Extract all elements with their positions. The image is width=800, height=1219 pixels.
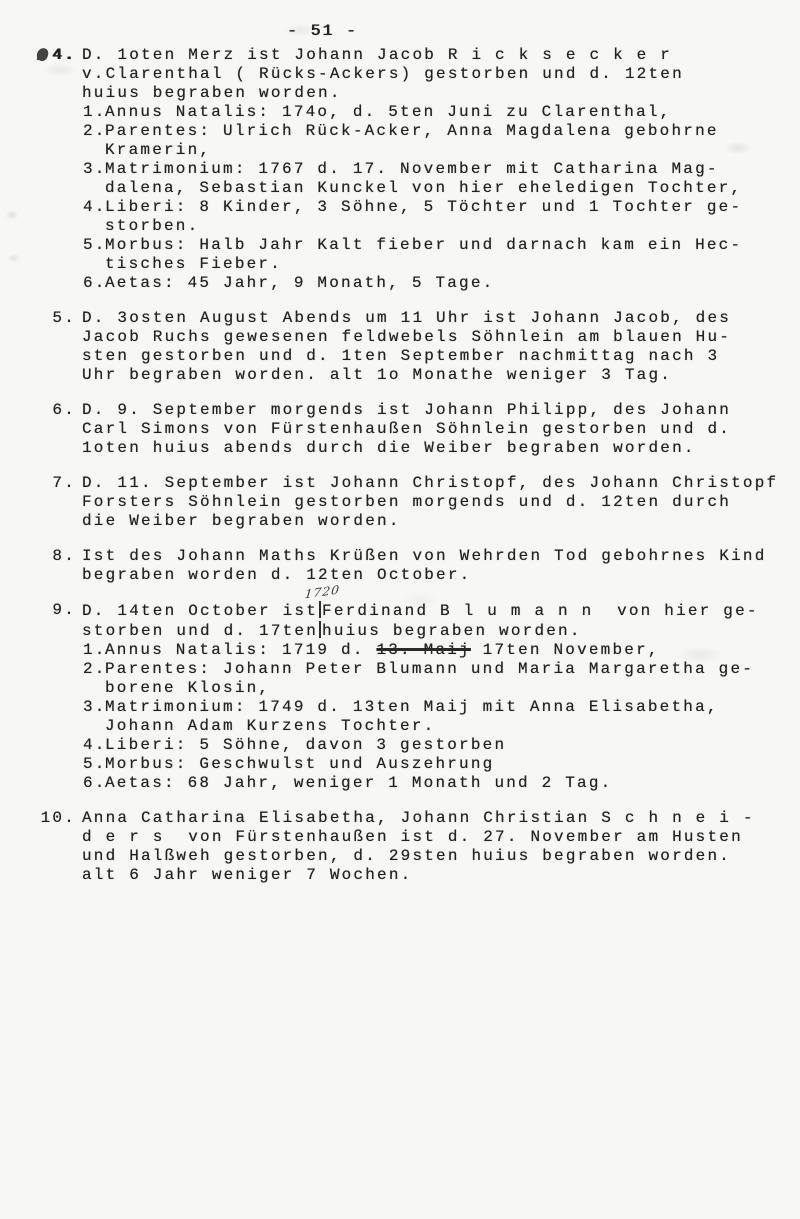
burial-entry: 9.D. 14ten October ist1720Ferdinand B l … <box>0 601 800 793</box>
entry-text: Ist des Johann Maths Krüßen von Wehrden … <box>82 547 800 585</box>
text-line: v.Clarenthal ( Rücks-Ackers) gestorben u… <box>82 65 800 84</box>
text-line: Parentes: Ulrich Rück-Acker, Anna Magdal… <box>105 122 800 141</box>
text-line: Carl Simons von Fürstenhaußen Söhnlein g… <box>82 420 800 439</box>
burial-entries-list: 4.D. 1oten Merz ist Johann Jacob R i c k… <box>0 46 800 901</box>
subitem-number: 5. <box>83 236 107 255</box>
subitem-text: Matrimonium: 1767 d. 17. November mit Ca… <box>105 160 800 198</box>
text-line: storben. <box>105 217 800 236</box>
text-run: 17ten November, <box>471 641 660 659</box>
text-run: D. 14ten October ist <box>82 602 318 620</box>
subitem: 5.Morbus: Halb Jahr Kalt fieber und darn… <box>82 236 800 274</box>
text-run: Kramerin, <box>105 141 211 159</box>
subitem-number: 4. <box>83 736 107 755</box>
text-run: Jacob Ruchs gewesenen feldwebels Söhnlei… <box>82 328 731 346</box>
text-run: dalena, Sebastian Kunckel von hier ehele… <box>105 179 742 197</box>
text-run: borene Klosin, <box>105 679 270 697</box>
text-run: Carl Simons von Fürstenhaußen Söhnlein g… <box>82 420 731 438</box>
text-run: Matrimonium: 1749 d. 13ten Maij mit Anna… <box>105 698 719 716</box>
text-run: Uhr begraben worden. alt 1o Monathe weni… <box>82 366 672 384</box>
text-run: Morbus: Geschwulst und Auszehrung <box>105 755 494 773</box>
entry-text: D. 14ten October ist1720Ferdinand B l u … <box>82 601 800 793</box>
text-run: Parentes: Johann Peter Blumann und Maria… <box>105 660 754 678</box>
text-run: D. 1oten Merz ist Johann Jacob R i c k s… <box>82 46 672 64</box>
subitem-text: Morbus: Geschwulst und Auszehrung <box>105 755 800 774</box>
text-line: Matrimonium: 1749 d. 13ten Maij mit Anna… <box>105 698 800 717</box>
text-line: storben und d. 17tenhuius begraben worde… <box>82 621 800 641</box>
text-line: D. 3osten August Abends um 11 Uhr ist Jo… <box>82 309 800 328</box>
text-line: Annus Natalis: 1719 d. 13.-Maij 17ten No… <box>105 641 800 660</box>
entry-number: 7. <box>0 474 76 493</box>
text-line: begraben worden d. 12ten October. <box>82 566 800 585</box>
handwritten-annotation: 1720 <box>304 581 341 605</box>
subitem: 3.Matrimonium: 1767 d. 17. November mit … <box>82 160 800 198</box>
insertion-mark <box>319 621 321 638</box>
text-line: D. 11. September ist Johann Christopf, d… <box>82 474 800 493</box>
text-run: Anna Catharina Elisabetha, Johann Christ… <box>82 809 755 827</box>
burial-entry: 6.D. 9. September morgends ist Johann Ph… <box>0 401 800 458</box>
burial-entry: 5.D. 3osten August Abends um 11 Uhr ist … <box>0 309 800 385</box>
text-line: 1oten huius abends durch die Weiber begr… <box>82 439 800 458</box>
subitem: 6.Aetas: 45 Jahr, 9 Monath, 5 Tage. <box>82 274 800 293</box>
text-run: begraben worden d. 12ten October. <box>82 566 471 584</box>
subitem-text: Parentes: Johann Peter Blumann und Maria… <box>105 660 800 698</box>
subitem-number: 1. <box>83 641 107 660</box>
text-line: Kramerin, <box>105 141 800 160</box>
text-line: Aetas: 68 Jahr, weniger 1 Monath und 2 T… <box>105 774 800 793</box>
text-run: Matrimonium: 1767 d. 17. November mit Ca… <box>105 160 719 178</box>
text-line: dalena, Sebastian Kunckel von hier ehele… <box>105 179 800 198</box>
text-run: Annus Natalis: 174o, d. 5ten Juni zu Cla… <box>105 103 671 121</box>
text-run: D. 3osten August Abends um 11 Uhr ist Jo… <box>82 309 731 327</box>
text-run: Ferdinand B l u m a n n von hier ge- <box>322 602 759 620</box>
text-run: 1oten huius abends durch die Weiber begr… <box>82 439 696 457</box>
page-number: - 51 - <box>287 22 358 40</box>
subitem-number: 2. <box>83 122 107 141</box>
subitem-number: 6. <box>83 774 107 793</box>
text-run: D. 11. September ist Johann Christopf, d… <box>82 474 778 492</box>
entry-text: D. 3osten August Abends um 11 Uhr ist Jo… <box>82 309 800 385</box>
entry-text: D. 9. September morgends ist Johann Phil… <box>82 401 800 458</box>
subitem: 5.Morbus: Geschwulst und Auszehrung <box>82 755 800 774</box>
subitem-text: Aetas: 45 Jahr, 9 Monath, 5 Tage. <box>105 274 800 293</box>
subitem-number: 2. <box>83 660 107 679</box>
text-run: Ist des Johann Maths Krüßen von Wehrden … <box>82 547 767 565</box>
text-run: v.Clarenthal ( Rücks-Ackers) gestorben u… <box>82 65 684 83</box>
text-line: D. 1oten Merz ist Johann Jacob R i c k s… <box>82 46 800 65</box>
text-run: Johann Adam Kurzens Tochter. <box>105 717 435 735</box>
subitem-text: Annus Natalis: 174o, d. 5ten Juni zu Cla… <box>105 103 800 122</box>
text-run: Parentes: Ulrich Rück-Acker, Anna Magdal… <box>105 122 719 140</box>
subitem-number: 3. <box>83 160 107 179</box>
subitem: 4.Liberi: 5 Söhne, davon 3 gestorben <box>82 736 800 755</box>
text-line: Uhr begraben worden. alt 1o Monathe weni… <box>82 366 800 385</box>
subitem-text: Parentes: Ulrich Rück-Acker, Anna Magdal… <box>105 122 800 160</box>
subitem-text: Aetas: 68 Jahr, weniger 1 Monath und 2 T… <box>105 774 800 793</box>
subitem-text: Matrimonium: 1749 d. 13ten Maij mit Anna… <box>105 698 800 736</box>
entry-number: 5. <box>0 309 76 328</box>
subitem: 1.Annus Natalis: 1719 d. 13.-Maij 17ten … <box>82 641 800 660</box>
subitem-number: 5. <box>83 755 107 774</box>
text-line: Morbus: Halb Jahr Kalt fieber und darnac… <box>105 236 800 255</box>
scanned-document-page: { "page": { "number_label": "- 51 -" }, … <box>0 0 800 1219</box>
text-run: Liberi: 8 Kinder, 3 Söhne, 5 Töchter und… <box>105 198 742 216</box>
text-line: die Weiber begraben worden. <box>82 512 800 531</box>
entry-number: 4. <box>0 46 76 65</box>
entry-subitems: 1.Annus Natalis: 1719 d. 13.-Maij 17ten … <box>82 641 800 793</box>
text-run: Liberi: 5 Söhne, davon 3 gestorben <box>105 736 506 754</box>
text-line: D. 9. September morgends ist Johann Phil… <box>82 401 800 420</box>
entry-number: 9. <box>0 601 76 620</box>
text-run: Aetas: 45 Jahr, 9 Monath, 5 Tage. <box>105 274 494 292</box>
text-line: D. 14ten October ist1720Ferdinand B l u … <box>82 601 800 621</box>
text-line: und Halßweh gestorben, d. 29sten huius b… <box>82 847 800 866</box>
subitem: 2.Parentes: Johann Peter Blumann und Mar… <box>82 660 800 698</box>
subitem: 2.Parentes: Ulrich Rück-Acker, Anna Magd… <box>82 122 800 160</box>
text-line: Liberi: 8 Kinder, 3 Söhne, 5 Töchter und… <box>105 198 800 217</box>
subitem-number: 3. <box>83 698 107 717</box>
text-run: alt 6 Jahr weniger 7 Wochen. <box>82 866 412 884</box>
text-run: storben und d. 17ten <box>82 622 318 640</box>
entry-text: D. 11. September ist Johann Christopf, d… <box>82 474 800 531</box>
text-line: Johann Adam Kurzens Tochter. <box>105 717 800 736</box>
text-line: borene Klosin, <box>105 679 800 698</box>
text-line: alt 6 Jahr weniger 7 Wochen. <box>82 866 800 885</box>
text-line: Liberi: 5 Söhne, davon 3 gestorben <box>105 736 800 755</box>
text-run: sten gestorben und d. 1ten September nac… <box>82 347 719 365</box>
subitem-number: 1. <box>83 103 107 122</box>
text-run: und Halßweh gestorben, d. 29sten huius b… <box>82 847 731 865</box>
burial-entry: 4.D. 1oten Merz ist Johann Jacob R i c k… <box>0 46 800 293</box>
burial-entry: 8.Ist des Johann Maths Krüßen von Wehrde… <box>0 547 800 585</box>
text-line: Anna Catharina Elisabetha, Johann Christ… <box>82 809 800 828</box>
text-run: D. 9. September morgends ist Johann Phil… <box>82 401 731 419</box>
text-run: d e r s von Fürstenhaußen ist d. 27. Nov… <box>82 828 743 846</box>
entry-number: 6. <box>0 401 76 420</box>
burial-entry: 7.D. 11. September ist Johann Christopf,… <box>0 474 800 531</box>
subitem-text: Morbus: Halb Jahr Kalt fieber und darnac… <box>105 236 800 274</box>
text-line: Morbus: Geschwulst und Auszehrung <box>105 755 800 774</box>
text-run: Forsters Söhnlein gestorben morgends und… <box>82 493 731 511</box>
burial-entry: 10.Anna Catharina Elisabetha, Johann Chr… <box>0 809 800 885</box>
subitem: 6.Aetas: 68 Jahr, weniger 1 Monath und 2… <box>82 774 800 793</box>
subitem: 3.Matrimonium: 1749 d. 13ten Maij mit An… <box>82 698 800 736</box>
entry-number: 10. <box>0 809 76 828</box>
subitem-text: Liberi: 5 Söhne, davon 3 gestorben <box>105 736 800 755</box>
text-run: tisches Fieber. <box>105 255 282 273</box>
text-run: huius begraben worden. <box>322 622 582 640</box>
text-run: huius begraben worden. <box>82 84 342 102</box>
text-run: Annus Natalis: 1719 d. <box>105 641 376 659</box>
insertion-mark: 1720 <box>319 601 321 618</box>
subitem-text: Annus Natalis: 1719 d. 13.-Maij 17ten No… <box>105 641 800 660</box>
entry-subitems: 1.Annus Natalis: 174o, d. 5ten Juni zu C… <box>82 103 800 293</box>
text-line: Forsters Söhnlein gestorben morgends und… <box>82 493 800 512</box>
text-line: Matrimonium: 1767 d. 17. November mit Ca… <box>105 160 800 179</box>
text-line: d e r s von Fürstenhaußen ist d. 27. Nov… <box>82 828 800 847</box>
entry-number: 8. <box>0 547 76 566</box>
text-line: Parentes: Johann Peter Blumann und Maria… <box>105 660 800 679</box>
text-line: Aetas: 45 Jahr, 9 Monath, 5 Tage. <box>105 274 800 293</box>
entry-text: Anna Catharina Elisabetha, Johann Christ… <box>82 809 800 885</box>
text-line: tisches Fieber. <box>105 255 800 274</box>
subitem: 4.Liberi: 8 Kinder, 3 Söhne, 5 Töchter u… <box>82 198 800 236</box>
subitem-number: 4. <box>83 198 107 217</box>
text-line: Annus Natalis: 174o, d. 5ten Juni zu Cla… <box>105 103 800 122</box>
subitem-text: Liberi: 8 Kinder, 3 Söhne, 5 Töchter und… <box>105 198 800 236</box>
text-run: storben. <box>105 217 199 235</box>
text-line: Ist des Johann Maths Krüßen von Wehrden … <box>82 547 800 566</box>
text-run: die Weiber begraben worden. <box>82 512 401 530</box>
text-line: sten gestorben und d. 1ten September nac… <box>82 347 800 366</box>
entry-text: D. 1oten Merz ist Johann Jacob R i c k s… <box>82 46 800 293</box>
text-run: Aetas: 68 Jahr, weniger 1 Monath und 2 T… <box>105 774 612 792</box>
text-line: Jacob Ruchs gewesenen feldwebels Söhnlei… <box>82 328 800 347</box>
text-run: Morbus: Halb Jahr Kalt fieber und darnac… <box>105 236 742 254</box>
subitem: 1.Annus Natalis: 174o, d. 5ten Juni zu C… <box>82 103 800 122</box>
subitem-number: 6. <box>83 274 107 293</box>
text-line: huius begraben worden. <box>82 84 800 103</box>
struck-text: 13.-Maij <box>376 641 470 659</box>
